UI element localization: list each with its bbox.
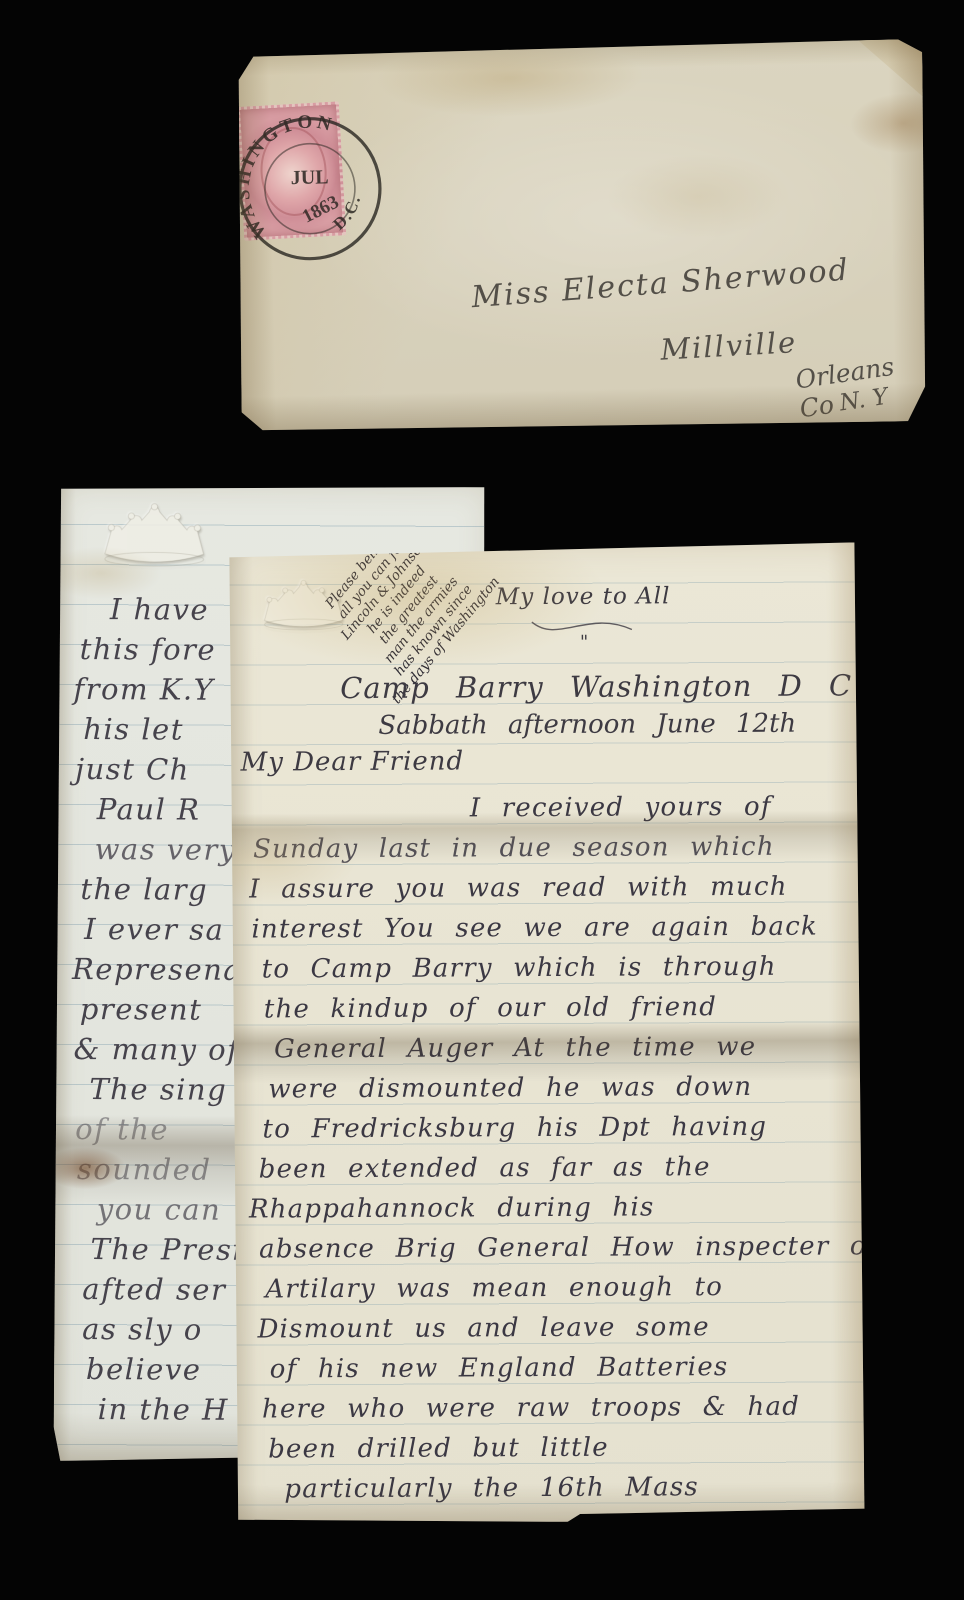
body-line: Sunday last in due season which <box>245 826 853 869</box>
body-line: interest You see we are again back <box>245 906 853 949</box>
body-line: particularly the 16th Mass <box>248 1466 856 1509</box>
envelope-corner-crease <box>844 39 923 99</box>
postmark-month: JUL <box>291 166 329 189</box>
photograph-of-civil-war-letter: WASHINGTON D.C. JUL 1863 Miss Electa She… <box>0 0 964 1600</box>
body-line: General Auger At the time we <box>246 1026 854 1069</box>
body-line: Artilary was mean enough to <box>247 1266 855 1309</box>
body-line: Rhappahannock during his <box>247 1186 855 1229</box>
body-line: to Fredricksburg his Dpt having <box>246 1106 854 1149</box>
letter-page-right: Please believe all you can for Lincoln &… <box>227 542 864 1523</box>
svg-text:WASHINGTON: WASHINGTON <box>202 83 349 246</box>
letter-salutation: My Dear Friend <box>241 746 465 777</box>
letter-heading-place: Camp Barry Washington D C <box>340 668 852 705</box>
body-line: I received yours of <box>245 786 853 829</box>
letter-heading-date: Sabbath afternoon June 12th <box>378 709 796 741</box>
body-line: I assure you was read with much <box>245 866 853 909</box>
letter-body: I received yours of Sunday last in due s… <box>245 786 857 1509</box>
postmark-icon: WASHINGTON D.C. JUL 1863 <box>197 75 424 302</box>
body-line: been extended as far as the <box>247 1146 855 1189</box>
body-line: here who were raw troops & had <box>248 1386 856 1429</box>
postmark-city: WASHINGTON <box>202 83 349 246</box>
love-note: My love to All <box>496 583 671 610</box>
body-line: to Camp Barry which is through <box>246 946 854 989</box>
address-recipient: Miss Electa Sherwood <box>470 253 851 316</box>
body-line: of his new England Batteries <box>248 1346 856 1389</box>
address-town: Millville <box>659 325 798 367</box>
body-line: absence Brig General How inspecter of <box>247 1226 855 1269</box>
ditto-mark: " <box>580 632 588 653</box>
envelope: WASHINGTON D.C. JUL 1863 Miss Electa She… <box>234 39 930 435</box>
body-line: the kindup of our old friend <box>246 986 854 1029</box>
body-line: were dismounted he was down <box>246 1066 854 1109</box>
crown-emboss-icon <box>88 499 218 584</box>
body-line: been drilled but little <box>248 1426 856 1469</box>
body-line: Dismount us and leave some <box>247 1306 855 1349</box>
